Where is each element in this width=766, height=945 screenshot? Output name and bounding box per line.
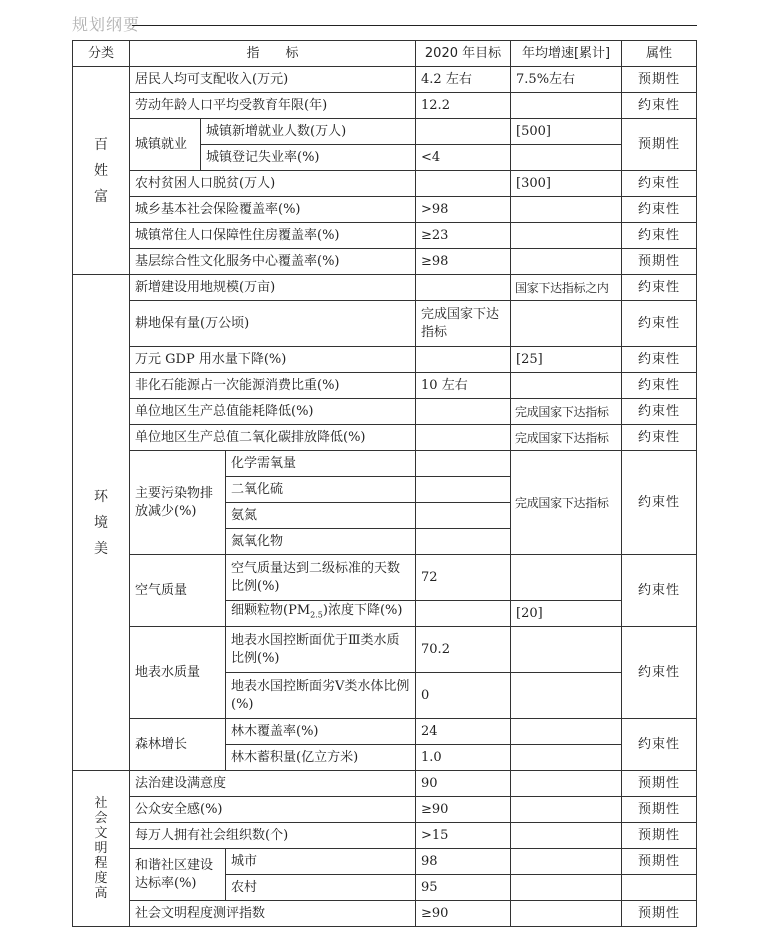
growth-cell: 完成国家下达指标: [511, 425, 622, 451]
indicator-cell: 林木覆盖率(%): [226, 719, 416, 745]
attribute-cell: 约束性: [622, 275, 697, 301]
indicator-cell: 地表水国控断面优于Ⅲ类水质比例(%): [226, 627, 416, 673]
category-char: 文: [78, 826, 124, 841]
category-char: 姓: [78, 158, 124, 184]
attribute-cell: 约束性: [622, 555, 697, 627]
table-row: 万元 GDP 用水量下降(%) [25] 约束性: [73, 347, 697, 373]
indicator-cell: 新增建设用地规模(万亩): [130, 275, 416, 301]
target-cell: >98: [416, 197, 511, 223]
attribute-cell: 约束性: [622, 719, 697, 771]
indicator-cell: 城乡基本社会保险覆盖率(%): [130, 197, 416, 223]
growth-cell: [511, 223, 622, 249]
attribute-cell: 约束性: [622, 451, 697, 555]
indicator-cell: 化学需氧量: [226, 451, 416, 477]
table-row: 社 会 文 明 程 度 高 法治建设满意度 90 预期性: [73, 771, 697, 797]
indicator-cell: 细颗粒物(PM2.5)浓度下降(%): [226, 601, 416, 627]
attribute-cell: 预期性: [622, 67, 697, 93]
growth-cell: [511, 797, 622, 823]
category-char: 程: [78, 856, 124, 871]
growth-cell: 完成国家下达指标: [511, 399, 622, 425]
indicator-cell: 公众安全感(%): [130, 797, 416, 823]
table-row: 社会文明程度测评指数 ≥90 预期性: [73, 901, 697, 927]
target-cell: 70.2: [416, 627, 511, 673]
table-row: 森林增长 林木覆盖率(%) 24 约束性: [73, 719, 697, 745]
attribute-cell: 约束性: [622, 425, 697, 451]
target-cell: [416, 399, 511, 425]
attribute-cell: 预期性: [622, 119, 697, 171]
category-char: 百: [78, 132, 124, 158]
table-row: 环 境 美 新增建设用地规模(万亩) 国家下达指标之内 约束性: [73, 275, 697, 301]
table-row: 城乡基本社会保险覆盖率(%) >98 约束性: [73, 197, 697, 223]
target-cell: [416, 347, 511, 373]
attribute-cell: 约束性: [622, 171, 697, 197]
target-cell: 1.0: [416, 745, 511, 771]
target-cell: [416, 425, 511, 451]
group-cell: 主要污染物排放减少(%): [130, 451, 226, 555]
header-divider: [132, 25, 697, 26]
indicator-cell: 农村: [226, 875, 416, 901]
attribute-cell: 预期性: [622, 901, 697, 927]
target-cell: 72: [416, 555, 511, 601]
growth-cell: [511, 673, 622, 719]
attribute-cell: 约束性: [622, 627, 697, 719]
growth-cell: [300]: [511, 171, 622, 197]
table-row: 百 姓 富 居民人均可支配收入(万元) 4.2 左右 7.5%左右 预期性: [73, 67, 697, 93]
indicator-cell: 非化石能源占一次能源消费比重(%): [130, 373, 416, 399]
indicator-cell: 林木蓄积量(亿立方米): [226, 745, 416, 771]
table-row: 城镇常住人口保障性住房覆盖率(%) ≥23 约束性: [73, 223, 697, 249]
category-char: 美: [78, 536, 124, 562]
target-cell: 12.2: [416, 93, 511, 119]
target-cell: [416, 601, 511, 627]
indicator-cell: 单位地区生产总值二氧化碳排放降低(%): [130, 425, 416, 451]
category-char: 明: [78, 841, 124, 856]
group-cell: 城镇就业: [130, 119, 201, 171]
growth-cell: [25]: [511, 347, 622, 373]
table-row: 非化石能源占一次能源消费比重(%) 10 左右 约束性: [73, 373, 697, 399]
indicator-cell: 社会文明程度测评指数: [130, 901, 416, 927]
table-row: 单位地区生产总值二氧化碳排放降低(%) 完成国家下达指标 约束性: [73, 425, 697, 451]
target-cell: [416, 171, 511, 197]
table-row: 单位地区生产总值能耗降低(%) 完成国家下达指标 约束性: [73, 399, 697, 425]
target-cell: [416, 119, 511, 145]
attribute-cell: 预期性: [622, 771, 697, 797]
target-cell: 24: [416, 719, 511, 745]
target-cell: 完成国家下达指标: [416, 301, 511, 347]
growth-cell: [511, 745, 622, 771]
target-cell: [416, 275, 511, 301]
indicator-cell: 基层综合性文化服务中心覆盖率(%): [130, 249, 416, 275]
target-cell: >15: [416, 823, 511, 849]
table-row: 公众安全感(%) ≥90 预期性: [73, 797, 697, 823]
growth-cell: [511, 771, 622, 797]
indicator-text: )浓度下降(%): [323, 603, 403, 618]
attribute-cell: 约束性: [622, 399, 697, 425]
target-cell: ≥90: [416, 797, 511, 823]
growth-cell: 7.5%左右: [511, 67, 622, 93]
indicator-cell: 耕地保有量(万公顷): [130, 301, 416, 347]
target-cell: ≥90: [416, 901, 511, 927]
growth-cell: [511, 555, 622, 601]
growth-cell: [511, 901, 622, 927]
group-cell: 空气质量: [130, 555, 226, 627]
category-char: 环: [78, 484, 124, 510]
indicator-cell: 空气质量达到二级标准的天数比例(%): [226, 555, 416, 601]
attribute-cell: 约束性: [622, 93, 697, 119]
growth-cell: [511, 197, 622, 223]
growth-cell: [511, 875, 622, 901]
column-header-category: 分类: [73, 41, 130, 67]
table-row: 农村贫困人口脱贫(万人) [300] 约束性: [73, 171, 697, 197]
column-header-annual-growth: 年均增速[累计]: [511, 41, 622, 67]
indicator-cell: 城镇登记失业率(%): [201, 145, 416, 171]
indicator-text: 细颗粒物(PM: [231, 603, 310, 618]
column-header-indicator: 指 标: [130, 41, 416, 67]
attribute-cell: 约束性: [622, 347, 697, 373]
attribute-cell: 约束性: [622, 301, 697, 347]
indicator-cell: 每万人拥有社会组织数(个): [130, 823, 416, 849]
indicator-cell: 劳动年龄人口平均受教育年限(年): [130, 93, 416, 119]
indicator-cell: 氨氮: [226, 503, 416, 529]
page-section-title: 规划纲要: [72, 12, 140, 35]
growth-cell: [511, 373, 622, 399]
category-cell-civility: 社 会 文 明 程 度 高: [73, 771, 130, 927]
target-cell: 95: [416, 875, 511, 901]
category-char: 高: [78, 886, 124, 901]
target-cell: 98: [416, 849, 511, 875]
target-cell: [416, 529, 511, 555]
attribute-cell: [622, 875, 697, 901]
table-row: 耕地保有量(万公顷) 完成国家下达指标 约束性: [73, 301, 697, 347]
attribute-cell: 约束性: [622, 223, 697, 249]
table-row: 主要污染物排放减少(%) 化学需氧量 完成国家下达指标 约束性: [73, 451, 697, 477]
indicator-cell: 法治建设满意度: [130, 771, 416, 797]
attribute-cell: 约束性: [622, 197, 697, 223]
table-row: 每万人拥有社会组织数(个) >15 预期性: [73, 823, 697, 849]
target-cell: 0: [416, 673, 511, 719]
growth-cell: 国家下达指标之内: [511, 275, 622, 301]
column-header-target-2020: 2020 年目标: [416, 41, 511, 67]
growth-cell: [511, 301, 622, 347]
group-cell: 森林增长: [130, 719, 226, 771]
indicator-cell: 城镇新增就业人数(万人): [201, 119, 416, 145]
subscript: 2.5: [310, 611, 323, 620]
growth-cell: [500]: [511, 119, 622, 145]
target-cell: ≥98: [416, 249, 511, 275]
category-char: 境: [78, 510, 124, 536]
attribute-cell: 预期性: [622, 249, 697, 275]
table-row: 和谐社区建设达标率(%) 城市 98 预期性: [73, 849, 697, 875]
growth-cell: [511, 719, 622, 745]
target-cell: 4.2 左右: [416, 67, 511, 93]
indicator-cell: 氮氧化物: [226, 529, 416, 555]
table-row: 地表水质量 地表水国控断面优于Ⅲ类水质比例(%) 70.2 约束性: [73, 627, 697, 673]
growth-cell: [511, 823, 622, 849]
indicator-cell: 单位地区生产总值能耗降低(%): [130, 399, 416, 425]
growth-cell: [20]: [511, 601, 622, 627]
indicator-cell: 二氧化硫: [226, 477, 416, 503]
category-char: 富: [78, 184, 124, 210]
indicator-cell: 城市: [226, 849, 416, 875]
growth-cell: 完成国家下达指标: [511, 451, 622, 555]
growth-cell: [511, 145, 622, 171]
indicator-cell: 地表水国控断面劣Ⅴ类水体比例(%): [226, 673, 416, 719]
target-cell: [416, 477, 511, 503]
planning-indicators-table: 分类 指 标 2020 年目标 年均增速[累计] 属性 百 姓 富 居民人均可支…: [72, 40, 697, 927]
table-header-row: 分类 指 标 2020 年目标 年均增速[累计] 属性: [73, 41, 697, 67]
group-cell: 和谐社区建设达标率(%): [130, 849, 226, 901]
attribute-cell: 约束性: [622, 373, 697, 399]
growth-cell: [511, 249, 622, 275]
group-cell: 地表水质量: [130, 627, 226, 719]
table-row: 空气质量 空气质量达到二级标准的天数比例(%) 72 约束性: [73, 555, 697, 601]
target-cell: 90: [416, 771, 511, 797]
table-row: 基层综合性文化服务中心覆盖率(%) ≥98 预期性: [73, 249, 697, 275]
column-header-attribute: 属性: [622, 41, 697, 67]
attribute-cell: 预期性: [622, 797, 697, 823]
category-char: 度: [78, 871, 124, 886]
growth-cell: [511, 849, 622, 875]
table-row: 城镇就业 城镇新增就业人数(万人) [500] 预期性: [73, 119, 697, 145]
attribute-cell: 预期性: [622, 823, 697, 849]
indicator-cell: 居民人均可支配收入(万元): [130, 67, 416, 93]
category-cell-prosperity: 百 姓 富: [73, 67, 130, 275]
target-cell: [416, 451, 511, 477]
target-cell: ≥23: [416, 223, 511, 249]
category-cell-environment: 环 境 美: [73, 275, 130, 771]
indicator-cell: 农村贫困人口脱贫(万人): [130, 171, 416, 197]
table-row: 劳动年龄人口平均受教育年限(年) 12.2 约束性: [73, 93, 697, 119]
category-char: 社: [78, 796, 124, 811]
growth-cell: [511, 627, 622, 673]
attribute-cell: 预期性: [622, 849, 697, 875]
growth-cell: [511, 93, 622, 119]
indicator-cell: 万元 GDP 用水量下降(%): [130, 347, 416, 373]
target-cell: <4: [416, 145, 511, 171]
category-char: 会: [78, 811, 124, 826]
target-cell: [416, 503, 511, 529]
indicator-cell: 城镇常住人口保障性住房覆盖率(%): [130, 223, 416, 249]
target-cell: 10 左右: [416, 373, 511, 399]
